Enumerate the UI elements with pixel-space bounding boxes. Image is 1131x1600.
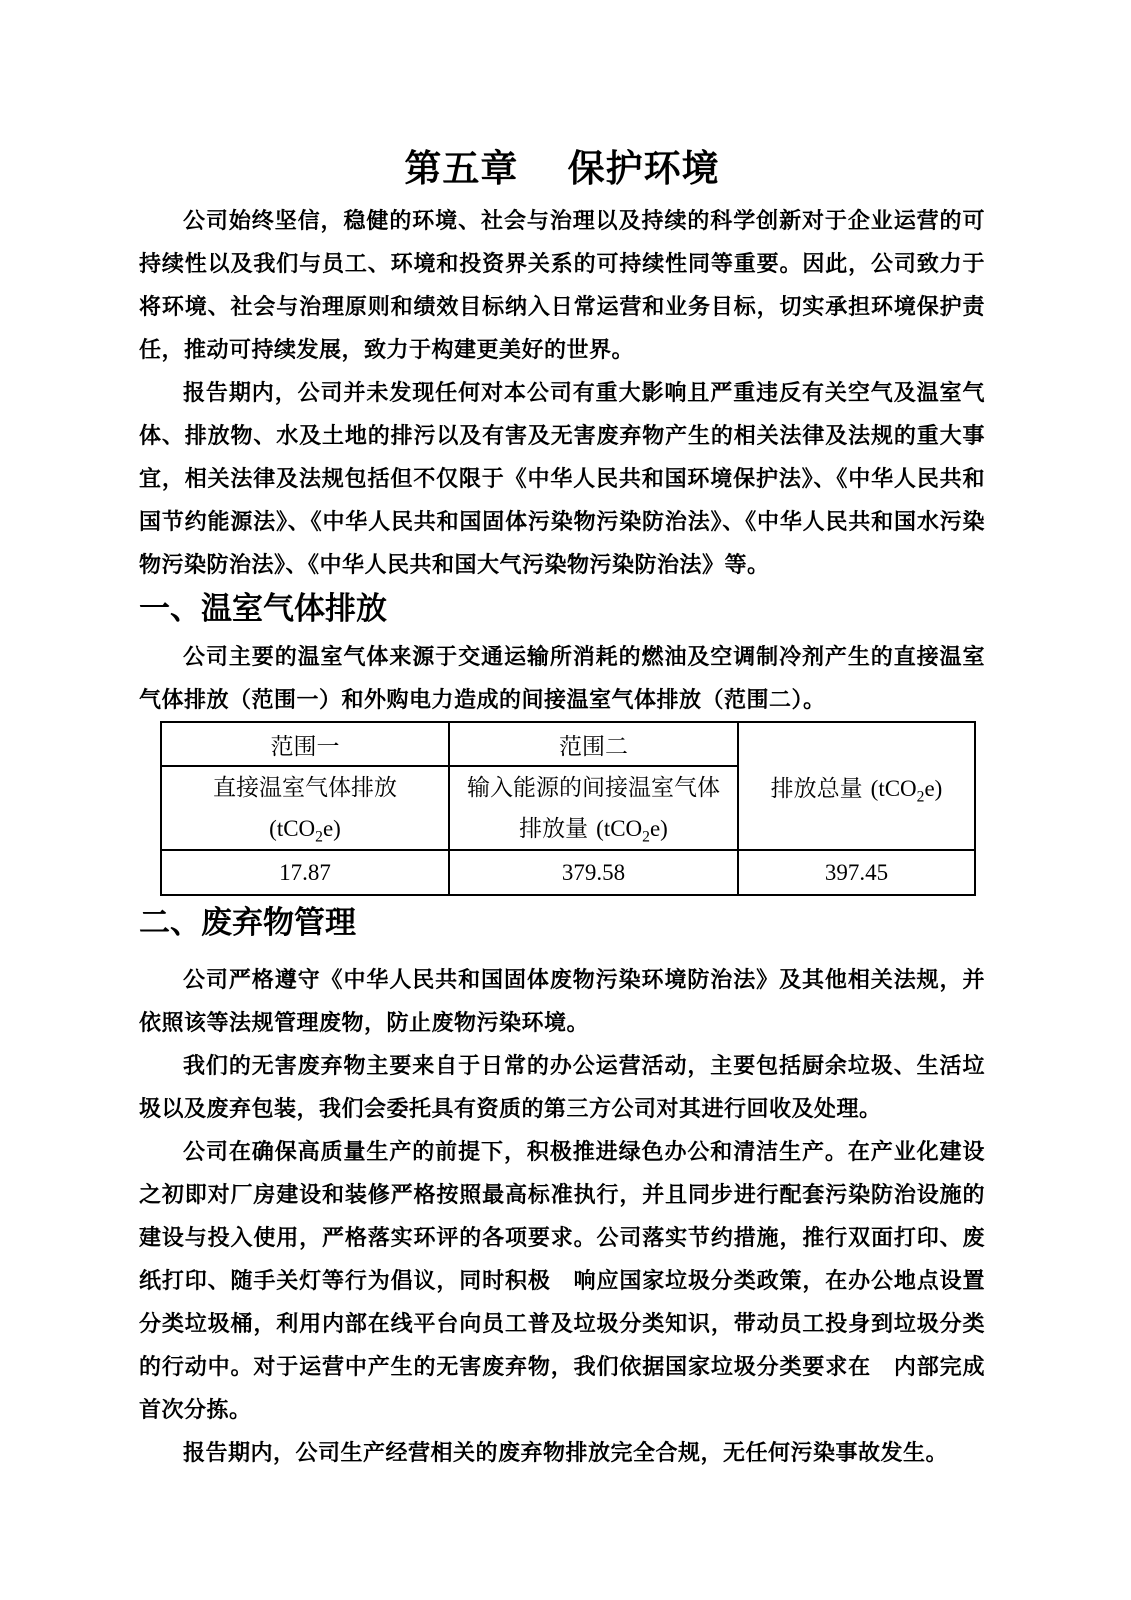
section-2-paragraph-1: 公司严格遵守《中华人民共和国固体废物污染环境防治法》及其他相关法规，并依照该等法… — [139, 958, 985, 1044]
scope2-desc-line1: 输入能源的间接温室气体 — [450, 767, 737, 808]
unit-tco2e: (tCO2e) — [871, 776, 943, 801]
table-row-values: 17.87 379.58 397.45 — [161, 850, 975, 895]
section-2-paragraph-2: 我们的无害废弃物主要来自于日常的办公运营活动，主要包括厨余垃圾、生活垃圾以及废弃… — [139, 1044, 985, 1130]
section-1-heading: 一、温室气体排放 — [139, 590, 985, 628]
table-cell-scope1-desc: 直接温室气体排放 (tCO2e) — [161, 766, 449, 850]
table-cell-scope1-value: 17.87 — [161, 850, 449, 895]
section-2-heading: 二、废弃物管理 — [139, 904, 985, 942]
scope2-desc-line2: 排放量(tCO2e) — [450, 808, 737, 849]
table-cell-scope2-value: 379.58 — [449, 850, 738, 895]
unit-tco2e: (tCO2e) — [596, 816, 668, 841]
document-page: 第五章 保护环境 公司始终坚信，稳健的环境、社会与治理以及持续的科学创新对于企业… — [0, 0, 1131, 1600]
unit-tco2e: (tCO2e) — [269, 816, 341, 841]
section-2-paragraph-4: 报告期内，公司生产经营相关的废弃物排放完全合规，无任何污染事故发生。 — [139, 1431, 985, 1474]
scope1-desc-line2: (tCO2e) — [162, 808, 448, 849]
table-row-scope-headers: 范围一 范围二 排放总量(tCO2e) — [161, 722, 975, 766]
emissions-table: 范围一 范围二 排放总量(tCO2e) 直接温室气体排放 (tCO2e) 输入能… — [160, 721, 976, 896]
scope1-desc-line1: 直接温室气体排放 — [162, 767, 448, 808]
intro-paragraph-2: 报告期内，公司并未发现任何对本公司有重大影响且严重违反有关空气及温室气体、排放物… — [139, 371, 985, 586]
table-cell-scope2-desc: 输入能源的间接温室气体 排放量(tCO2e) — [449, 766, 738, 850]
section-1-paragraph-1: 公司主要的温室气体来源于交通运输所消耗的燃油及空调制冷剂产生的直接温室气体排放（… — [139, 635, 985, 721]
intro-paragraph-1: 公司始终坚信，稳健的环境、社会与治理以及持续的科学创新对于企业运营的可持续性以及… — [139, 199, 985, 371]
table-cell-scope1-header: 范围一 — [161, 722, 449, 766]
table-cell-total-value: 397.45 — [738, 850, 975, 895]
total-label: 排放总量 — [771, 776, 863, 801]
table-cell-total-header: 排放总量(tCO2e) — [738, 722, 975, 850]
table-cell-scope2-header: 范围二 — [449, 722, 738, 766]
chapter-title: 第五章 保护环境 — [139, 147, 985, 191]
section-2-paragraph-3: 公司在确保高质量生产的前提下，积极推进绿色办公和清洁生产。在产业化建设之初即对厂… — [139, 1130, 985, 1431]
